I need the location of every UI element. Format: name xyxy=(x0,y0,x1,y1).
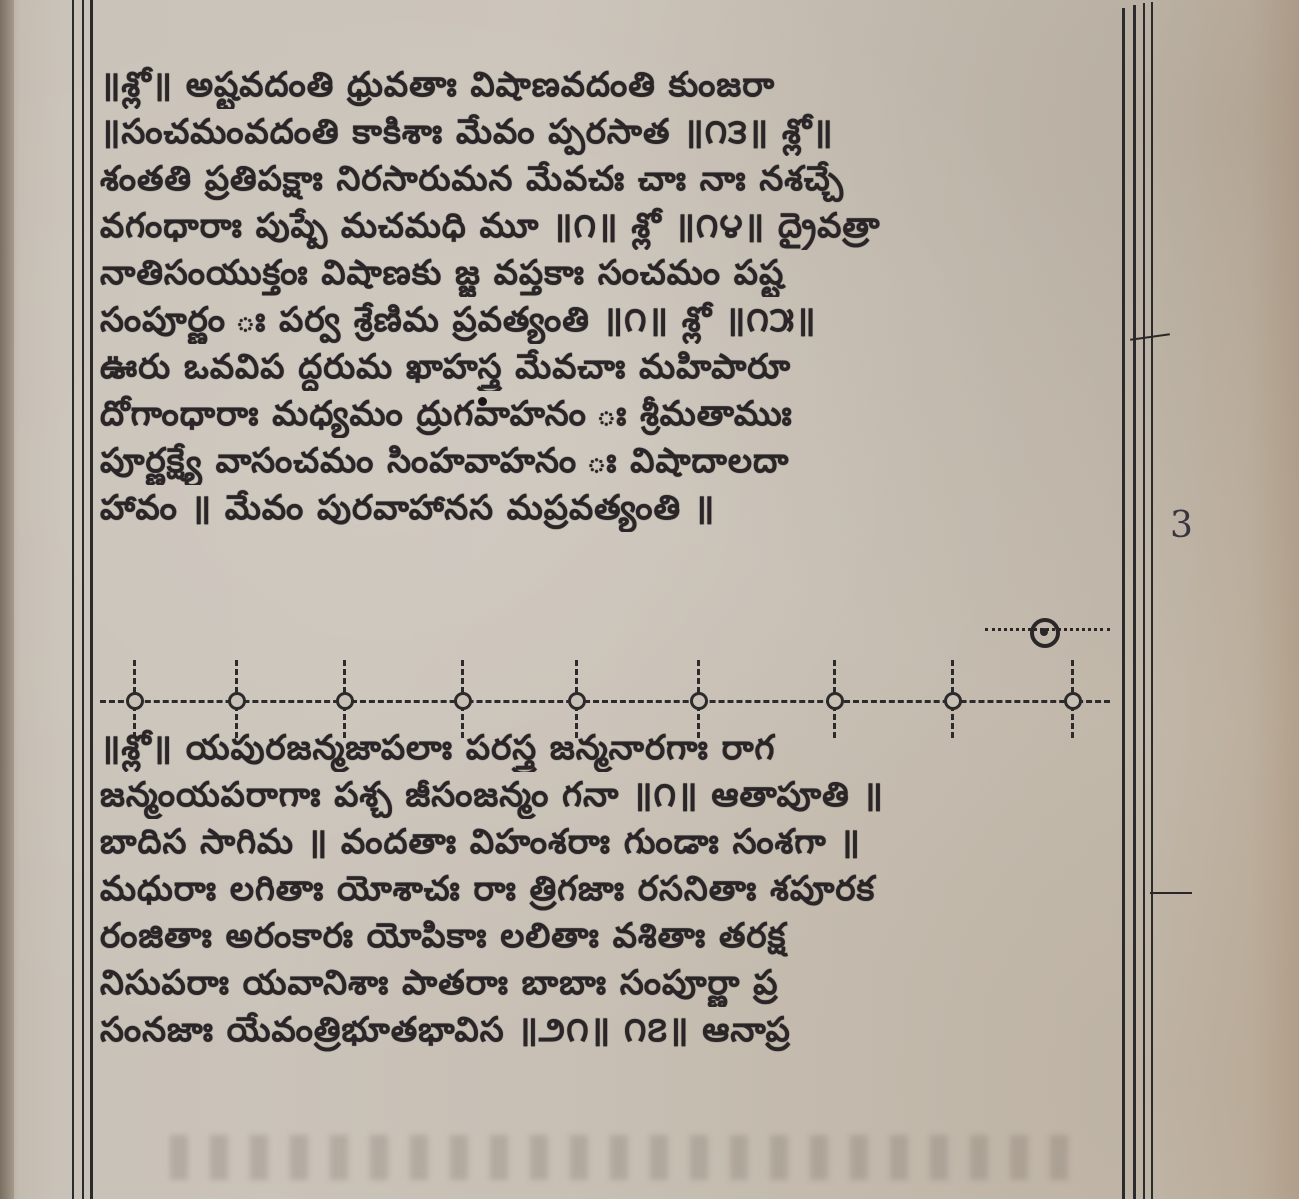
manuscript-line: ఊరు ఒవవిప ద్దరుమ ఖాహస్త్ర మేవచాః మహిపారూ xyxy=(100,344,1130,391)
folio-number: 3 xyxy=(1170,505,1193,546)
text-block-upper: ॥శ్లో॥ అష్టవదంతి ధ్రువతాః విషాణవదంతి కుం… xyxy=(100,62,1130,532)
manuscript-line: హావం ॥ మేవం పురవాహానస మప్రవత్యంతి ॥ xyxy=(100,485,980,532)
eye-ornament-icon xyxy=(985,612,1110,652)
left-border-rule xyxy=(72,0,74,1199)
ink-blot xyxy=(478,397,487,406)
page-edge xyxy=(0,0,14,1199)
margin-stroke xyxy=(1130,333,1170,341)
manuscript-line: రంజితాః అరంకారః యోపికాః లలితాః వశితాః తర… xyxy=(100,913,1130,960)
right-border-rule xyxy=(1151,2,1153,1199)
left-border-rule xyxy=(90,0,93,1199)
manuscript-line: బాదిస సాగిమ ॥ వందతాః విహంశరాః గుండాః సంశ… xyxy=(100,819,1130,866)
text-block-lower: ॥శ్లో॥ యపురజన్మజాపలాః పరస్త్ర జన్మనారగాః… xyxy=(100,725,1130,1054)
manuscript-line: వగంధారాః పుష్పే మచమధి మూ ॥౧॥ శ్లో ॥౧౪॥ ద… xyxy=(100,203,1130,250)
manuscript-line: నిసుపరాః యవానిశాః పాతరాః బాబాః సంపూర్ణా … xyxy=(100,960,1130,1007)
right-border-rule xyxy=(1133,5,1136,1199)
right-border-rule xyxy=(1143,3,1145,1199)
manuscript-line: దోగాంధారాః మధ్యమం ద్రుగవాహనం ః శ్రీమతాము… xyxy=(100,391,1130,438)
manuscript-line: జన్మంయపరాగాః పశ్చ జీసంజన్మం గనా ॥౧॥ ఆతాప… xyxy=(100,772,1130,819)
manuscript-page: ॥శ్లో॥ అష్టవదంతి ధ్రువతాః విషాణవదంతి కుం… xyxy=(0,0,1299,1199)
left-border-rule xyxy=(82,0,84,1199)
margin-stroke xyxy=(1150,892,1192,894)
manuscript-line: ॥శ్లో॥ యపురజన్మజాపలాః పరస్త్ర జన్మనారగాః… xyxy=(100,725,1130,772)
ornament-eye xyxy=(1030,618,1060,648)
manuscript-line: సంనజాః యేవంత్రిభూతభావిస ॥౨౧॥ ౧౭॥ ఆనాప్ర xyxy=(100,1007,1130,1054)
manuscript-line: ॥సంచమంవదంతి కాకిశాః మేవం ప్పరసాత ॥౧౩॥ శ్… xyxy=(100,109,1130,156)
manuscript-line: నాతిసంయుక్తంః విషాణకు జ్జ వప్తకాః సంచమం … xyxy=(100,250,1130,297)
manuscript-line: శంతతి ప్రతిపక్షాః నిరసారుమన మేవచః చాః నా… xyxy=(100,156,1130,203)
manuscript-line: ॥శ్లో॥ అష్టవదంతి ధ్రువతాః విషాణవదంతి కుం… xyxy=(100,62,1130,109)
manuscript-line: మధురాః లగితాః యోశాచః రాః త్రిగజాః రసనితా… xyxy=(100,866,1130,913)
manuscript-line: సంపూర్ణం ః పర్వ శ్రేణిమ ప్రవత్యంతి ॥౧॥ శ… xyxy=(100,297,1130,344)
manuscript-line: పూర్ణక్ష్యే వాసంచమం సింహవాహనం ః విషాదాలద… xyxy=(100,438,1130,485)
ink-bleed-through xyxy=(170,1135,1090,1180)
